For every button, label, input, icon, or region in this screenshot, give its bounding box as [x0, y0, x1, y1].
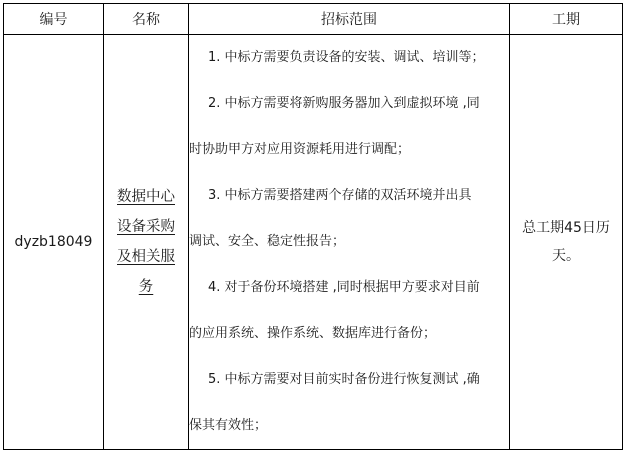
header-period: 工期 — [510, 4, 623, 35]
scope-item-continuation: 的应用系统、操作系统、数据库进行备份； — [189, 311, 509, 357]
scope-item-continuation: 时协助甲方对应用资源耗用进行调配； — [189, 127, 509, 173]
header-code: 编号 — [4, 4, 104, 35]
scope-item-continuation: 调试、安全、稳定性报告； — [189, 219, 509, 265]
scope-item: 4. 对于备份环境搭建 ,同时根据甲方要求对目前 的应用系统、操作系统、数据库进… — [189, 265, 509, 357]
name-link-line[interactable]: 设备采购 — [117, 219, 175, 235]
cell-period: 总工期45日历天。 — [510, 35, 623, 450]
scope-item: 2. 中标方需要将新购服务器加入到虚拟环境 ,同 时协助甲方对应用资源耗用进行调… — [189, 81, 509, 173]
scope-item-text: 4. 对于备份环境搭建 ,同时根据甲方要求对目前 — [189, 265, 509, 311]
header-scope: 招标范围 — [189, 4, 510, 35]
cell-scope: 1. 中标方需要负责设备的安装、调试、培训等； 2. 中标方需要将新购服务器加入… — [189, 35, 510, 450]
cell-code: dyzb18049 — [4, 35, 104, 450]
scope-item-text: 3. 中标方需要搭建两个存储的双活环境并出具 — [189, 173, 509, 219]
scope-item: 1. 中标方需要负责设备的安装、调试、培训等； — [189, 35, 509, 81]
table-row: dyzb18049 数据中心 设备采购 及相关服 务 1. 中标方需要负责设备的… — [4, 35, 623, 450]
scope-item-continuation: 保其有效性； — [189, 403, 509, 449]
scope-item: 5. 中标方需要对目前实时备份进行恢复测试 ,确 保其有效性； — [189, 357, 509, 449]
scope-item-text: 5. 中标方需要对目前实时备份进行恢复测试 ,确 — [189, 357, 509, 403]
bid-table: 编号 名称 招标范围 工期 dyzb18049 数据中心 设备采购 及相关服 务… — [3, 3, 623, 450]
name-link-line[interactable]: 务 — [139, 279, 154, 295]
header-row: 编号 名称 招标范围 工期 — [4, 4, 623, 35]
cell-name[interactable]: 数据中心 设备采购 及相关服 务 — [104, 35, 189, 450]
scope-item: 3. 中标方需要搭建两个存储的双活环境并出具 调试、安全、稳定性报告； — [189, 173, 509, 265]
scope-item-text: 1. 中标方需要负责设备的安装、调试、培训等； — [189, 35, 509, 81]
scope-item-text: 2. 中标方需要将新购服务器加入到虚拟环境 ,同 — [189, 81, 509, 127]
header-name: 名称 — [104, 4, 189, 35]
name-link-line[interactable]: 数据中心 — [117, 189, 175, 205]
name-link-line[interactable]: 及相关服 — [117, 249, 175, 265]
